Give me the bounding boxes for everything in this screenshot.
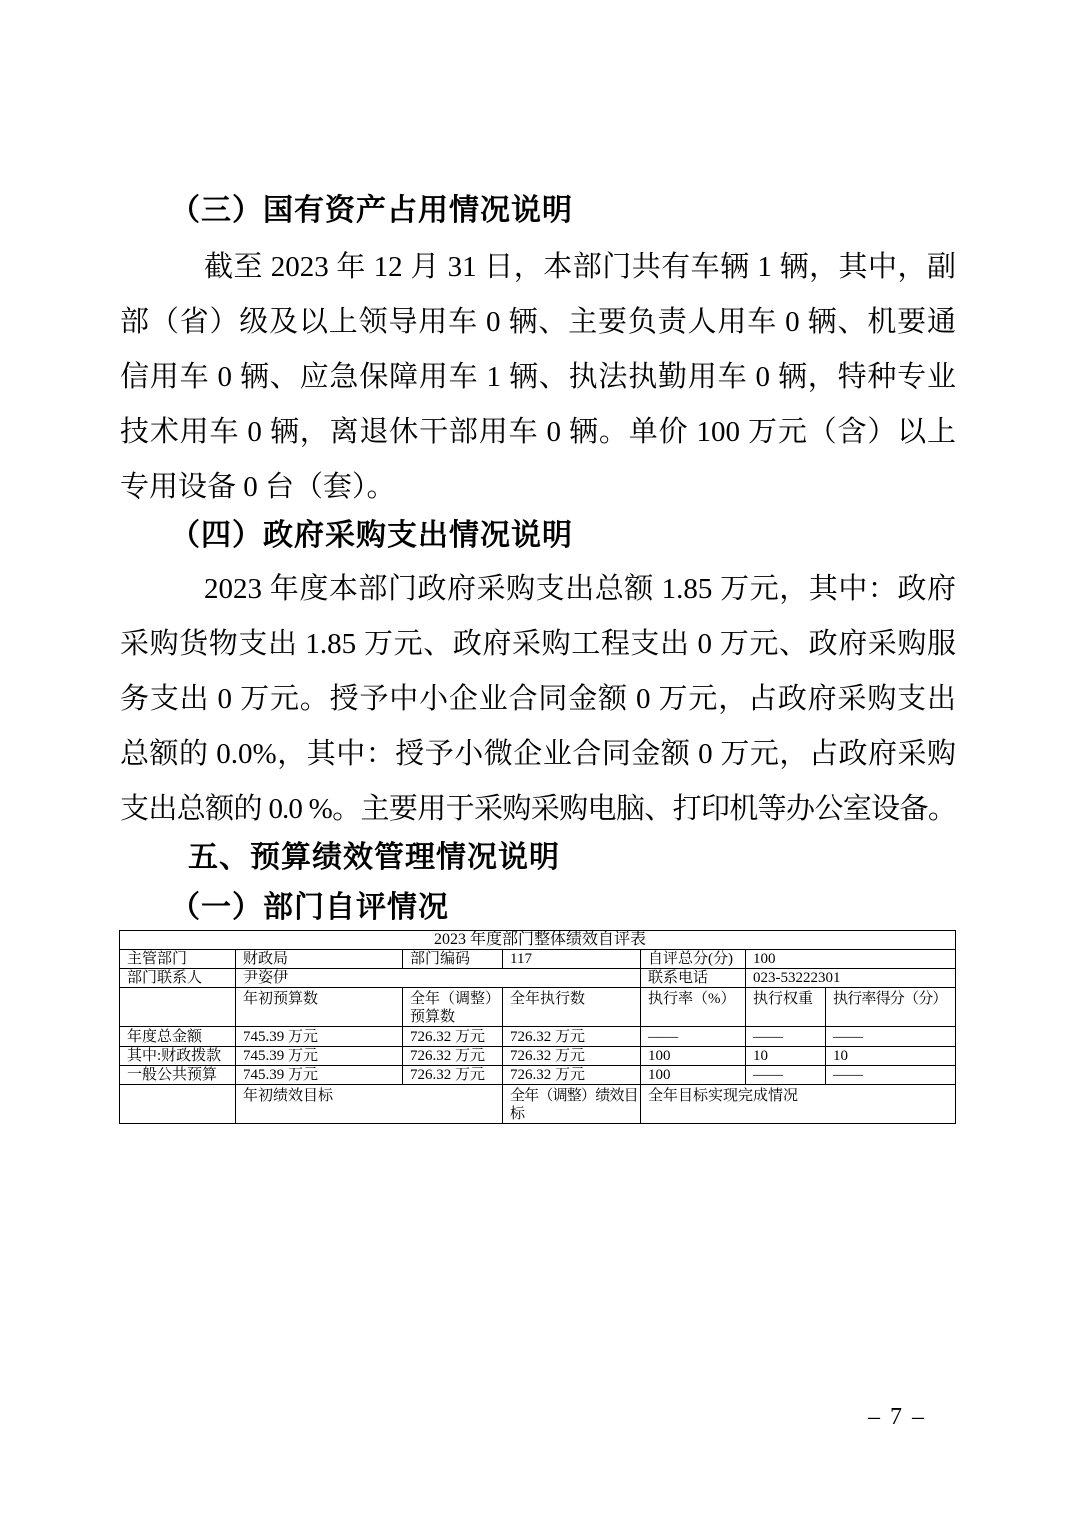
self-score-label-cell: 自评总分(分) [641,950,746,969]
supervisor-value-cell: 财政局 [236,950,403,969]
row-value-cell: 100 [641,1047,746,1066]
row-value-cell: —— [746,1027,826,1047]
row-value-cell: 10 [746,1047,826,1066]
section-heading-procurement: （四）政府采购支出情况说明 [120,518,960,554]
row-value-cell: 100 [641,1066,746,1085]
row-value-cell: 10 [826,1047,956,1066]
header-exec-weight-cell: 执行权重 [746,988,826,1027]
heading-performance: 五、预算绩效管理情况说明 [120,840,960,876]
row-value-cell: —— [746,1066,826,1085]
paragraph-line: 截至 2023 年 12 月 31 日，本部门共有车辆 1 辆，其中，副 [120,240,956,295]
paragraph-line: 总额的 0.0%，其中：授予小微企业合同金额 0 万元，占政府采购 [120,727,956,782]
paragraph-line: 部（省）级及以上领导用车 0 辆、主要负责人用车 0 辆、机要通 [120,295,956,350]
paragraph-line: 采购货物支出 1.85 万元、政府采购工程支出 0 万元、政府采购服 [120,617,956,672]
row-label-cell: 一般公共预算 [120,1066,236,1085]
dept-code-value-cell: 117 [503,950,641,969]
table-row: 其中:财政拨款 745.39 万元 726.32 万元 726.32 万元 10… [120,1047,956,1066]
page-number: – 7 – [868,1404,926,1431]
paragraph-line: 技术用车 0 辆，离退休干部用车 0 辆。单价 100 万元（含）以上 [120,405,956,460]
procurement-paragraph: 2023 年度本部门政府采购支出总额 1.85 万元，其中：政府 采购货物支出 … [120,562,956,837]
paragraph-line: 专用设备 0 台（套）。 [120,460,956,515]
paragraph-line: 2023 年度本部门政府采购支出总额 1.85 万元，其中：政府 [120,562,956,617]
paragraph-line: 信用车 0 辆、应急保障用车 1 辆、执法执勤用车 0 辆，特种专业 [120,350,956,405]
contact-label-cell: 部门联系人 [120,969,236,988]
table-row: 年度总金额 745.39 万元 726.32 万元 726.32 万元 —— —… [120,1027,956,1047]
adjusted-goal-cell: 全年（调整）绩效目标 [503,1085,641,1124]
self-score-value-cell: 100 [746,950,956,969]
row-label-cell: 其中:财政拨款 [120,1047,236,1066]
row-value-cell: —— [826,1027,956,1047]
row-value-cell: —— [641,1027,746,1047]
phone-value-cell: 023-53222301 [746,969,956,988]
row-value-cell: 745.39 万元 [236,1066,403,1085]
row-label-cell: 年度总金额 [120,1027,236,1047]
self-eval-table: 2023 年度部门整体绩效自评表 主管部门 财政局 部门编码 117 自评总分(… [119,930,956,1124]
header-adjusted-budget-cell: 全年（调整）预算数 [403,988,503,1027]
row-value-cell: 726.32 万元 [403,1047,503,1066]
empty-cell [120,1085,236,1124]
row-value-cell: 726.32 万元 [403,1027,503,1047]
supervisor-label-cell: 主管部门 [120,950,236,969]
row-value-cell: 745.39 万元 [236,1027,403,1047]
asset-paragraph: 截至 2023 年 12 月 31 日，本部门共有车辆 1 辆，其中，副 部（省… [120,240,956,515]
row-value-cell: —— [826,1066,956,1085]
row-value-cell: 745.39 万元 [236,1047,403,1066]
header-exec-score-cell: 执行率得分（分） [826,988,956,1027]
empty-cell [120,988,236,1027]
header-exec-rate-cell: 执行率（%） [641,988,746,1027]
goal-achievement-cell: 全年目标实现完成情况 [641,1085,956,1124]
header-executed-cell: 全年执行数 [503,988,641,1027]
heading-self-eval: （一）部门自评情况 [120,890,960,926]
section-heading-asset: （三）国有资产占用情况说明 [120,193,960,229]
phone-label-cell: 联系电话 [641,969,746,988]
initial-goal-cell: 年初绩效目标 [236,1085,503,1124]
paragraph-line: 务支出 0 万元。授予中小企业合同金额 0 万元，占政府采购支出 [120,672,956,727]
contact-value-cell: 尹姿伊 [236,969,641,988]
row-value-cell: 726.32 万元 [403,1066,503,1085]
row-value-cell: 726.32 万元 [503,1027,641,1047]
table-row: 一般公共预算 745.39 万元 726.32 万元 726.32 万元 100… [120,1066,956,1085]
header-initial-budget-cell: 年初预算数 [236,988,403,1027]
row-value-cell: 726.32 万元 [503,1066,641,1085]
document-page: （三）国有资产占用情况说明 截至 2023 年 12 月 31 日，本部门共有车… [0,0,1075,1520]
paragraph-line: 支出总额的 0.0 %。主要用于采购采购电脑、打印机等办公室设备。 [120,782,956,837]
row-value-cell: 726.32 万元 [503,1047,641,1066]
table-title: 2023 年度部门整体绩效自评表 [120,931,956,950]
dept-code-label-cell: 部门编码 [403,950,503,969]
